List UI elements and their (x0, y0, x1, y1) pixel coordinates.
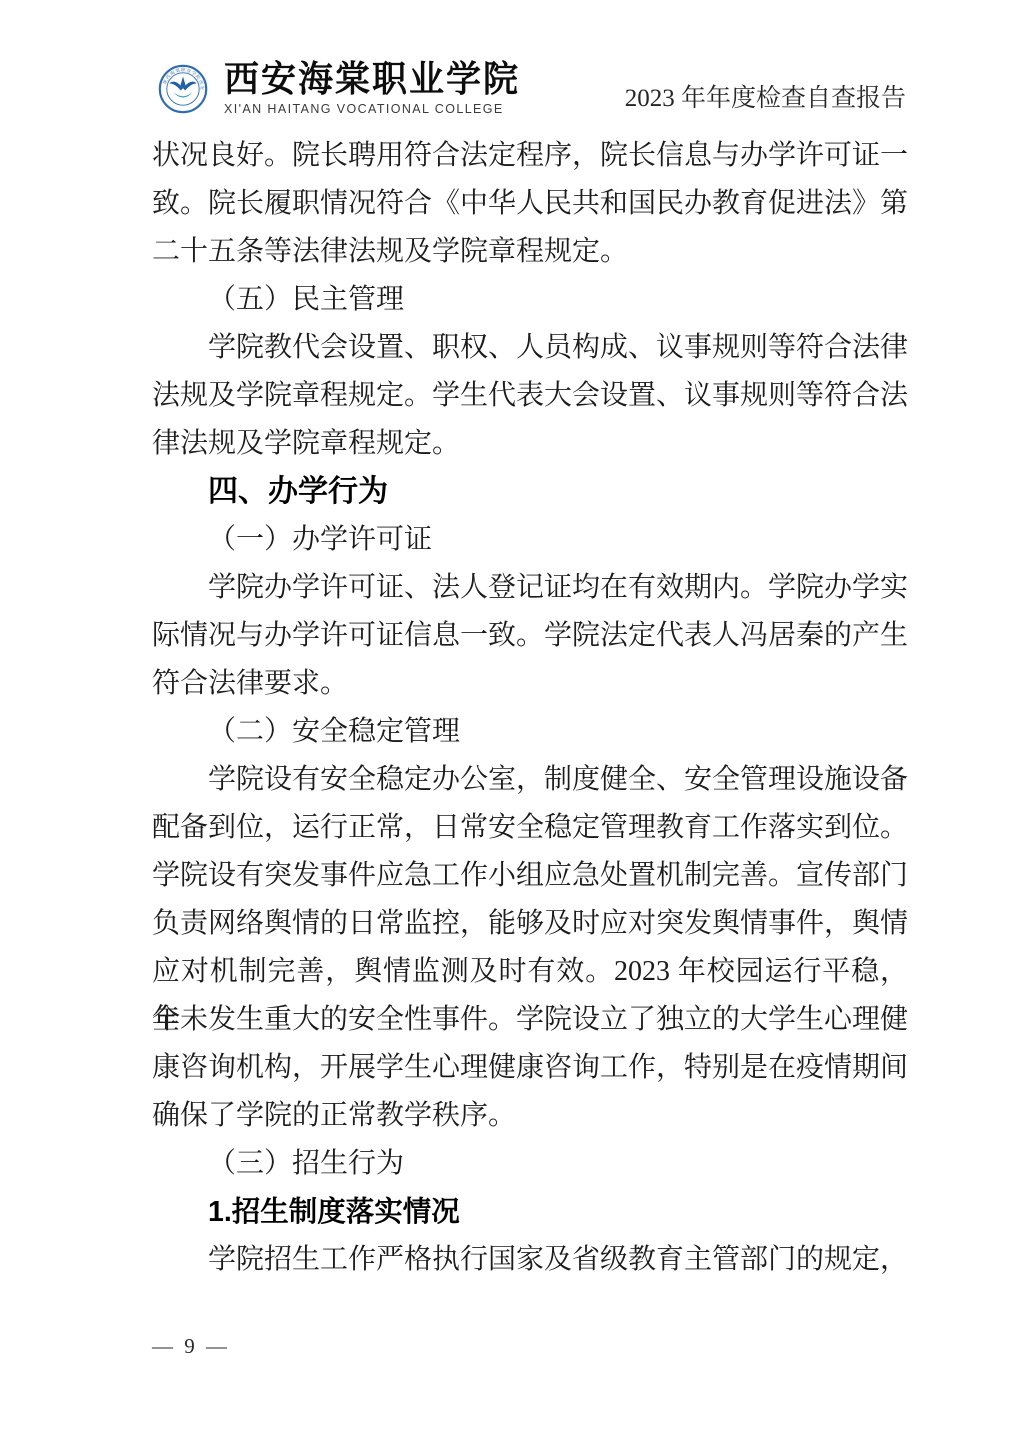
report-title: 2023 年年度检查自查报告 (625, 78, 906, 114)
body-line: 应对机制完善，舆情监测及时有效。2023 年校园运行平稳，全 (152, 948, 908, 996)
body-line: 法规及学院章程规定。学生代表大会设置、议事规则等符合法 (152, 372, 908, 420)
section-heading: （五）民主管理 (152, 276, 908, 324)
document-body: 状况良好。院长聘用符合法定程序，院长信息与办学许可证一 致。院长履职情况符合《中… (152, 132, 908, 1284)
body-line: 配备到位，运行正常，日常安全稳定管理教育工作落实到位。 (152, 804, 908, 852)
document-page: 陕西海棠职业学院西安海棠 西安海棠职业学院 XI'AN HAITANG VOCA… (0, 0, 1024, 1447)
subsection-heading: 1.招生制度落实情况 (152, 1188, 908, 1236)
section-heading: （二）安全稳定管理 (152, 708, 908, 756)
page-header: 陕西海棠职业学院西安海棠 西安海棠职业学院 XI'AN HAITANG VOCA… (0, 0, 1024, 130)
body-line: 学院招生工作严格执行国家及省级教育主管部门的规定， (152, 1236, 908, 1284)
body-line: 二十五条等法律法规及学院章程规定。 (152, 228, 908, 276)
body-line: 致。院长履职情况符合《中华人民共和国民办教育促进法》第 (152, 180, 908, 228)
college-name-zh: 西安海棠职业学院 (224, 60, 554, 101)
body-line: 学院设有安全稳定办公室，制度健全、安全管理设施设备 (152, 756, 908, 804)
college-seal-logo: 陕西海棠职业学院西安海棠 (158, 64, 208, 114)
body-line: 律法规及学院章程规定。 (152, 420, 908, 468)
body-line: 符合法律要求。 (152, 660, 908, 708)
body-line: 负责网络舆情的日常监控，能够及时应对突发舆情事件，舆情 (152, 900, 908, 948)
body-line: 康咨询机构，开展学生心理健康咨询工作，特别是在疫情期间 (152, 1044, 908, 1092)
section-heading: （一）办学许可证 (152, 516, 908, 564)
chapter-heading: 四、办学行为 (152, 468, 908, 516)
body-line: 学院教代会设置、职权、人员构成、议事规则等符合法律 (152, 324, 908, 372)
college-brand: 西安海棠职业学院 XI'AN HAITANG VOCATIONAL COLLEG… (224, 60, 554, 116)
body-line: 状况良好。院长聘用符合法定程序，院长信息与办学许可证一 (152, 132, 908, 180)
body-line: 学院办学许可证、法人登记证均在有效期内。学院办学实 (152, 564, 908, 612)
body-line: 学院设有突发事件应急工作小组应急处置机制完善。宣传部门 (152, 852, 908, 900)
body-line: 确保了学院的正常教学秩序。 (152, 1092, 908, 1140)
college-name-en: XI'AN HAITANG VOCATIONAL COLLEGE (224, 102, 554, 116)
college-seal-icon: 陕西海棠职业学院西安海棠 (158, 64, 208, 114)
page-number: — 9 — (152, 1334, 230, 1359)
section-heading: （三）招生行为 (152, 1140, 908, 1188)
body-line: 年未发生重大的安全性事件。学院设立了独立的大学生心理健 (152, 996, 908, 1044)
body-line: 际情况与办学许可证信息一致。学院法定代表人冯居秦的产生 (152, 612, 908, 660)
